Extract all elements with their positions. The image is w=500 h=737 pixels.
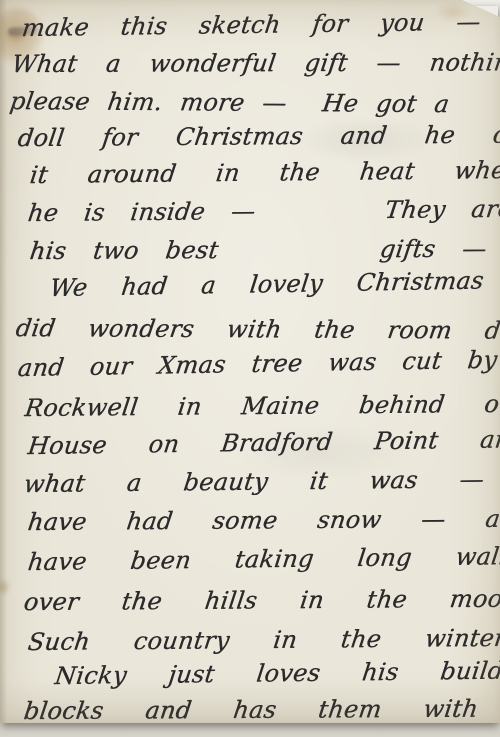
handwriting-line: have been taking long walks: [26, 541, 500, 577]
handwriting-line: please him. more — He got a: [8, 86, 452, 119]
letter-page: make this sketch for you — What a wonder…: [0, 0, 500, 723]
handwriting-line: it around in the heat where: [28, 155, 500, 190]
handwriting-line: What a wonderful gift — nothing could: [10, 47, 500, 79]
handwriting-line: what a beauty it was — We: [22, 463, 500, 499]
handwriting-line: his two best gifts —: [28, 234, 489, 266]
handwriting-line: Nicky just loves his building: [53, 655, 500, 691]
handwriting-line: Rockwell in Maine behind our: [23, 389, 500, 423]
handwriting-line: he is inside — They are: [26, 194, 500, 228]
age-stain-left-edge: [0, 578, 11, 596]
handwriting-line: Such country in the winter.: [26, 623, 500, 657]
handwriting-line: have had some snow — and I: [26, 503, 500, 537]
handwriting-line: doll for Christmas and he carries: [16, 119, 500, 153]
scanned-letter-photo: make this sketch for you — What a wonder…: [0, 0, 500, 737]
handwriting-line: over the hills in the moonlight: [22, 583, 500, 617]
handwriting-line: and our Xmas tree was cut by Dudley: [16, 343, 500, 383]
handwriting-line: blocks and has them with his: [22, 693, 500, 726]
handwriting-line: We had a lovely Christmas Betsy: [48, 264, 500, 303]
handwriting-line: make this sketch for you —: [20, 7, 482, 43]
handwriting-line: did wonders with the room decorations: [14, 313, 500, 346]
handwriting-line: House on Bradford Point and: [26, 424, 500, 461]
